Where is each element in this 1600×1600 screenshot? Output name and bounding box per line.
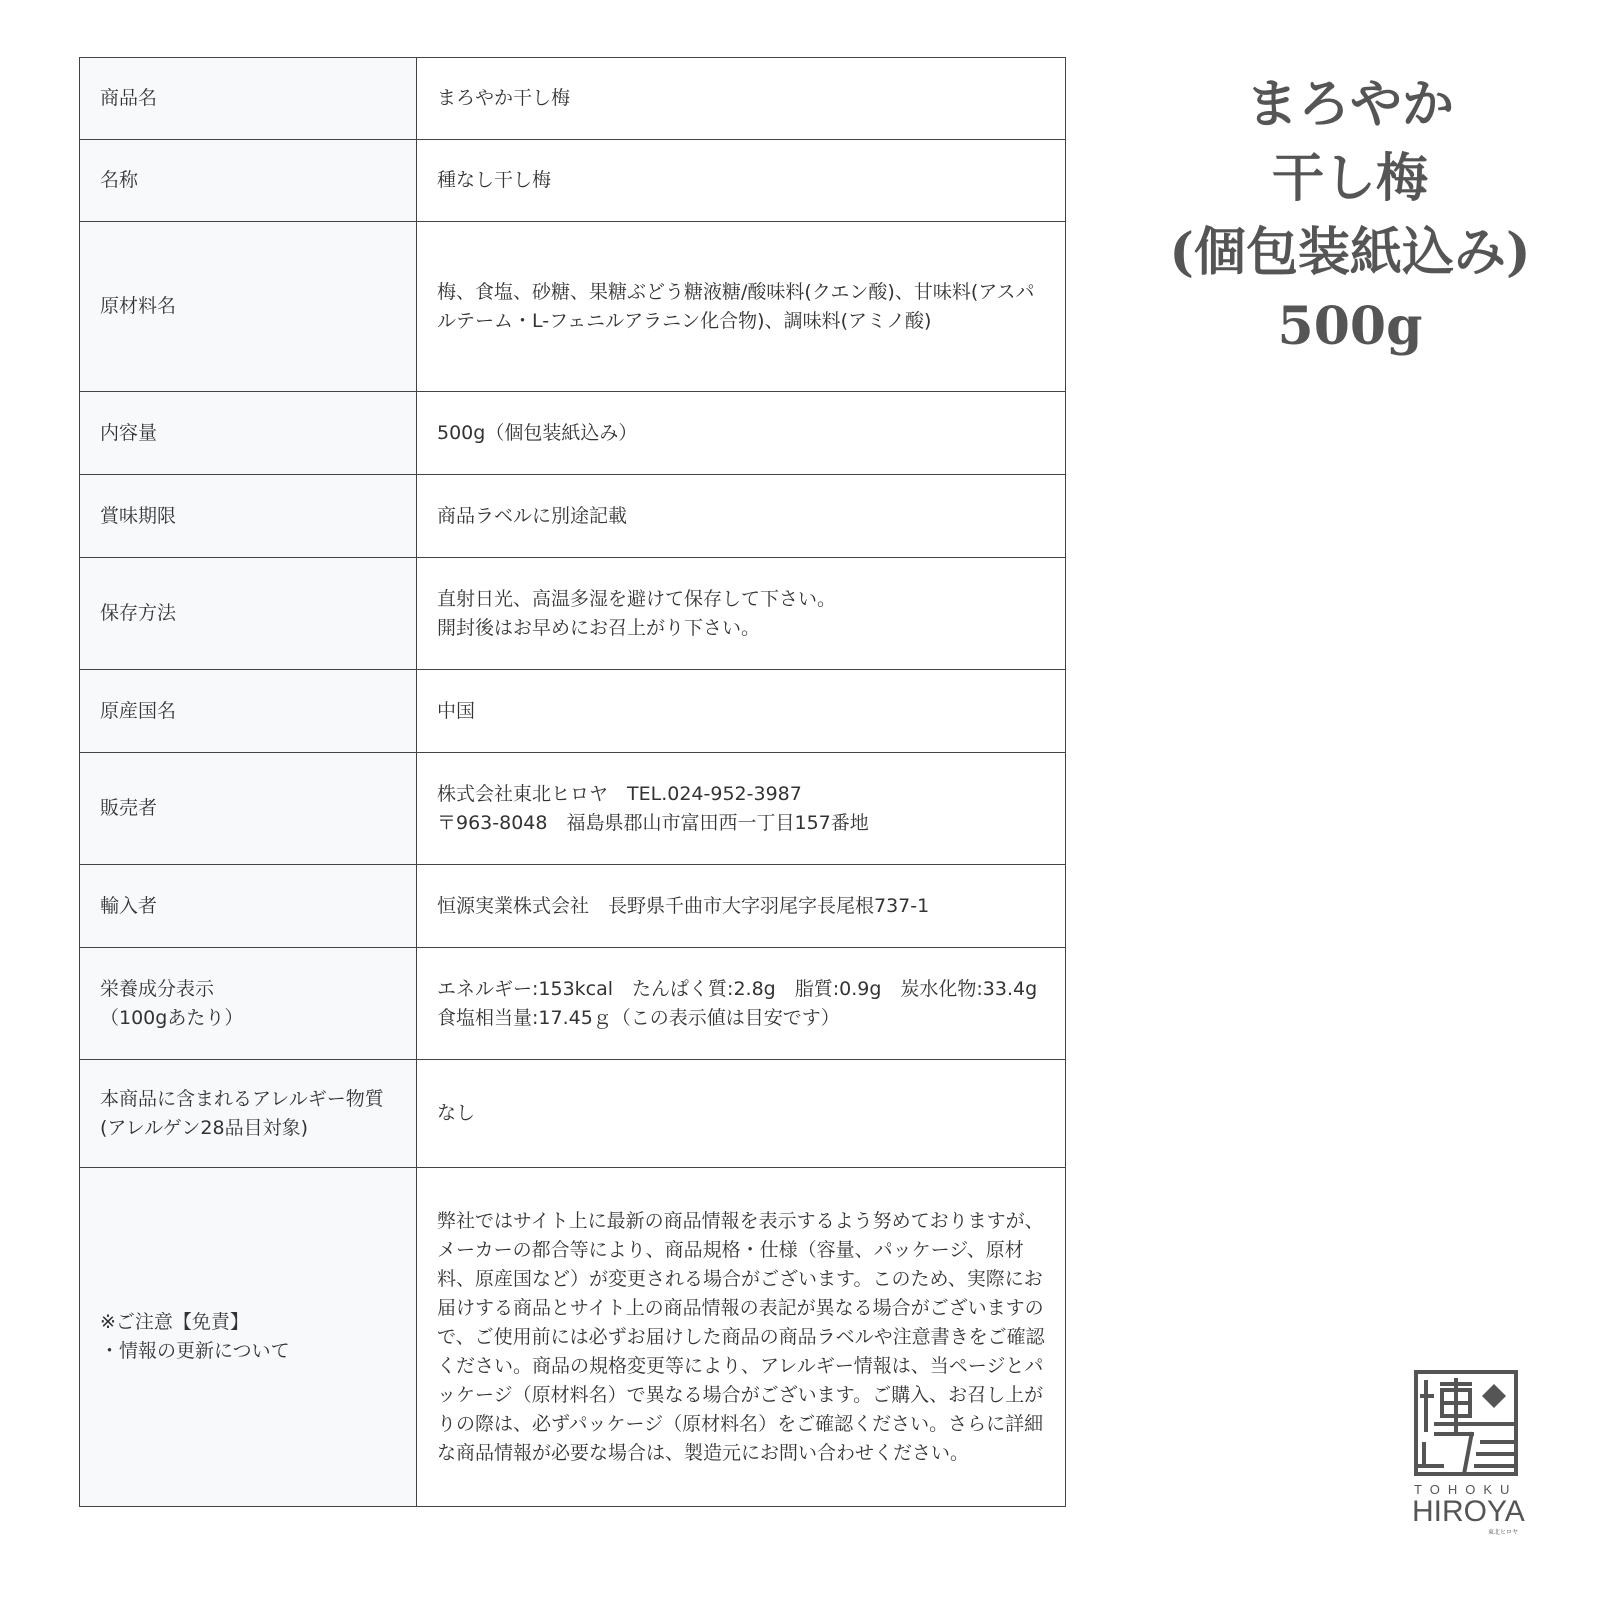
row-value: エネルギー:153kcal たんぱく質:2.8g 脂質:0.9g 炭水化物:33…	[417, 948, 1066, 1060]
row-label-line: 本商品に含まれるアレルギー物質	[100, 1085, 396, 1114]
row-label: 名称	[80, 140, 417, 222]
row-label-line: 内容量	[100, 419, 396, 448]
spec-table-body: 商品名まろやか干し梅名称種なし干し梅原材料名梅、食塩、砂糖、果糖ぶどう糖液糖/酸…	[80, 58, 1066, 1507]
row-label-line: 原材料名	[100, 292, 396, 321]
row-value-line: 株式会社東北ヒロヤ TEL.024-952-3987	[437, 780, 1045, 809]
row-value-line: 中国	[437, 697, 1045, 726]
table-row: 輸入者恒源実業株式会社 長野県千曲市大字羽尾字長尾根737-1	[80, 865, 1066, 948]
row-value: なし	[417, 1060, 1066, 1168]
row-label: 内容量	[80, 392, 417, 475]
table-row: 保存方法直射日光、高温多湿を避けて保存して下さい。開封後はお早めにお召上がり下さ…	[80, 558, 1066, 670]
title-line-1: まろやか	[1140, 68, 1560, 142]
row-label-line: 保存方法	[100, 599, 396, 628]
row-label: ※ご注意【免責】・情報の更新について	[80, 1168, 417, 1507]
row-label: 輸入者	[80, 865, 417, 948]
row-label: 原産国名	[80, 670, 417, 753]
row-label: 商品名	[80, 58, 417, 140]
hiroya-logo-icon	[1414, 1370, 1518, 1476]
table-row: 原産国名中国	[80, 670, 1066, 753]
table-row: 栄養成分表示（100gあたり）エネルギー:153kcal たんぱく質:2.8g …	[80, 948, 1066, 1060]
row-label: 栄養成分表示（100gあたり）	[80, 948, 417, 1060]
table-row: 賞味期限商品ラベルに別途記載	[80, 475, 1066, 558]
row-value-line: 種なし干し梅	[437, 166, 1045, 195]
row-label-line: 販売者	[100, 794, 396, 823]
row-label: 本商品に含まれるアレルギー物質(アレルゲン28品目対象)	[80, 1060, 417, 1168]
row-label-line: 名称	[100, 166, 396, 195]
row-label-line: 輸入者	[100, 892, 396, 921]
table-row: 販売者株式会社東北ヒロヤ TEL.024-952-3987〒963-8048 福…	[80, 753, 1066, 865]
table-row: 名称種なし干し梅	[80, 140, 1066, 222]
row-label-line: ※ご注意【免責】	[100, 1308, 396, 1337]
row-value-line: 弊社ではサイト上に最新の商品情報を表示するよう努めておりますが、メーカーの都合等…	[437, 1207, 1045, 1468]
row-value: 株式会社東北ヒロヤ TEL.024-952-3987〒963-8048 福島県郡…	[417, 753, 1066, 865]
row-label-line: 賞味期限	[100, 502, 396, 531]
row-label-line: (アレルゲン28品目対象)	[100, 1114, 396, 1143]
product-spec-table: 商品名まろやか干し梅名称種なし干し梅原材料名梅、食塩、砂糖、果糖ぶどう糖液糖/酸…	[79, 57, 1066, 1507]
row-label: 原材料名	[80, 222, 417, 392]
row-label-line: 商品名	[100, 84, 396, 113]
row-value: 500g（個包装紙込み）	[417, 392, 1066, 475]
title-line-3: (個包装紙込み)	[1140, 216, 1560, 290]
row-value-line: 商品ラベルに別途記載	[437, 502, 1045, 531]
row-value: 弊社ではサイト上に最新の商品情報を表示するよう努めておりますが、メーカーの都合等…	[417, 1168, 1066, 1507]
row-label-line: 栄養成分表示	[100, 975, 396, 1004]
row-value: 梅、食塩、砂糖、果糖ぶどう糖液糖/酸味料(クエン酸)、甘味料(アスパルテーム・L…	[417, 222, 1066, 392]
row-label: 保存方法	[80, 558, 417, 670]
row-value: 中国	[417, 670, 1066, 753]
brand-logo: TOHOKU HIROYA 東北ヒロヤ	[1412, 1370, 1524, 1536]
row-value-line: 梅、食塩、砂糖、果糖ぶどう糖液糖/酸味料(クエン酸)、甘味料(アスパルテーム・L…	[437, 278, 1045, 336]
row-label: 賞味期限	[80, 475, 417, 558]
logo-tiny-text: 東北ヒロヤ	[1412, 1527, 1524, 1536]
table-row: 商品名まろやか干し梅	[80, 58, 1066, 140]
row-value: 恒源実業株式会社 長野県千曲市大字羽尾字長尾根737-1	[417, 865, 1066, 948]
title-line-4: 500g	[1140, 290, 1560, 364]
title-line-2: 干し梅	[1140, 142, 1560, 216]
row-value-line: なし	[437, 1099, 1045, 1128]
row-value-line: まろやか干し梅	[437, 84, 1045, 113]
row-value-line: 直射日光、高温多湿を避けて保存して下さい。	[437, 585, 1045, 614]
table-row: ※ご注意【免責】・情報の更新について弊社ではサイト上に最新の商品情報を表示するよ…	[80, 1168, 1066, 1507]
row-value-line: 〒963-8048 福島県郡山市富田西一丁目157番地	[437, 809, 1045, 838]
row-value: まろやか干し梅	[417, 58, 1066, 140]
row-value: 直射日光、高温多湿を避けて保存して下さい。開封後はお早めにお召上がり下さい。	[417, 558, 1066, 670]
table-row: 原材料名梅、食塩、砂糖、果糖ぶどう糖液糖/酸味料(クエン酸)、甘味料(アスパルテ…	[80, 222, 1066, 392]
row-value: 種なし干し梅	[417, 140, 1066, 222]
row-value-line: 恒源実業株式会社 長野県千曲市大字羽尾字長尾根737-1	[437, 892, 1045, 921]
row-label-line: ・情報の更新について	[100, 1337, 396, 1366]
row-label-line: （100gあたり）	[100, 1004, 396, 1033]
row-label: 販売者	[80, 753, 417, 865]
table-row: 本商品に含まれるアレルギー物質(アレルゲン28品目対象)なし	[80, 1060, 1066, 1168]
row-label-line: 原産国名	[100, 697, 396, 726]
product-title: まろやか 干し梅 (個包装紙込み) 500g	[1140, 68, 1560, 364]
logo-wordmark: HIROYA	[1412, 1497, 1524, 1527]
row-value: 商品ラベルに別途記載	[417, 475, 1066, 558]
row-value-line: 500g（個包装紙込み）	[437, 419, 1045, 448]
row-value-line: エネルギー:153kcal たんぱく質:2.8g 脂質:0.9g 炭水化物:33…	[437, 975, 1045, 1033]
row-value-line: 開封後はお早めにお召上がり下さい。	[437, 614, 1045, 643]
table-row: 内容量500g（個包装紙込み）	[80, 392, 1066, 475]
